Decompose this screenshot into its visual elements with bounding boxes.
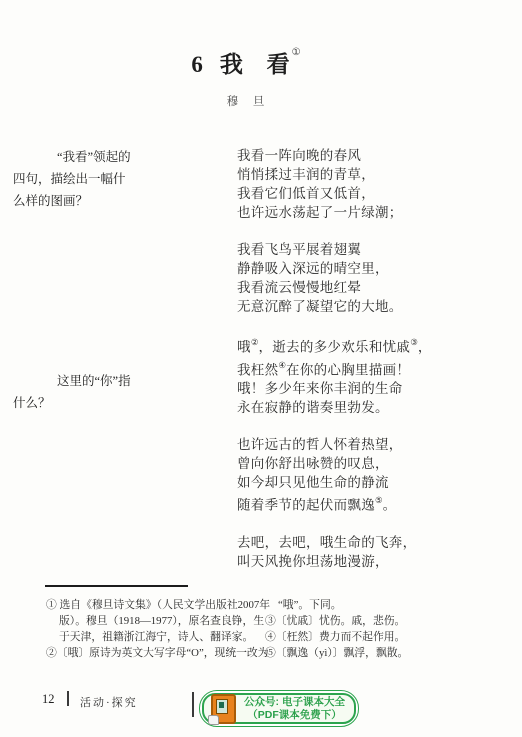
poem-line: 哦②，逝去的多少欢乐和忧戚③， [237, 334, 512, 357]
footnote-line: ②〔哦〕原诗为英文大写字母“O”，现统一改为 [46, 645, 274, 661]
footnote-line: 于天津，祖籍浙江海宁，诗人、翻译家。 [46, 629, 274, 645]
footnote-line: ⑤〔飘逸（yì）〕飘浮，飘散。 [265, 645, 485, 661]
margin-note-line: “我看”领起的 [13, 146, 191, 168]
footnote-line: ④〔枉然〕费力而不起作用。 [265, 629, 485, 645]
author-name: 穆 旦 [0, 93, 492, 109]
title-note-ref: ① [292, 47, 302, 58]
footnotes-column-2: “哦”。下同。③〔忧戚〕忧伤。戚，悲伤。④〔枉然〕费力而不起作用。⑤〔飘逸（yì… [265, 597, 485, 661]
poem-line: 也许远水荡起了一片绿潮； [237, 203, 512, 222]
margin-note-question-2: 这里的“你”指什么？ [13, 370, 191, 414]
badge-line-2: （PDF课本免费下） [239, 709, 350, 722]
poem-stanza: 我看一阵向晚的春风悄悄揉过丰润的青草，我看它们低首又低首，也许远水荡起了一片绿潮… [237, 146, 512, 222]
poem-line: 我枉然④在你的心胸里描画！ [237, 357, 512, 380]
note-ref: ② [251, 337, 259, 347]
poem-line: 静静吸入深远的晴空里， [237, 259, 512, 278]
note-ref: ⑤ [375, 495, 383, 505]
footnote-line: “哦”。下同。 [265, 597, 485, 613]
poem-line: 我看一阵向晚的春风 [237, 146, 512, 165]
poem-line: 叫天风挽你坦荡地漫游， [237, 552, 512, 571]
poem-stanza: 也许远古的哲人怀着热望，曾向你舒出咏赞的叹息，如今却只见他生命的静流随着季节的起… [237, 435, 512, 515]
footnote-separator [45, 585, 188, 587]
poem: 我看一阵向晚的春风悄悄揉过丰润的青草，我看它们低首又低首，也许远水荡起了一片绿潮… [237, 146, 512, 589]
poem-line: 随着季节的起伏而飘逸⑤。 [237, 492, 512, 515]
book-icon-screen [216, 699, 228, 714]
lesson-title-text: 我 看 [220, 52, 291, 77]
note-ref: ④ [278, 360, 286, 370]
lesson-number: 6 [191, 52, 204, 77]
hand-icon [208, 715, 219, 725]
poem-stanza: 我看飞鸟平展着翅翼静静吸入深远的晴空里，我看流云慢慢地红晕无意沉醉了凝望它的大地… [237, 240, 512, 316]
page-number-divider [67, 691, 69, 706]
section-label: 活动·探究 [80, 694, 138, 710]
qr-badge-inner: 公众号: 电子课本大全 （PDF课本免费下） [202, 693, 356, 724]
footnote-line: 版）。穆旦（1918—1977），原名查良铮，生 [46, 613, 274, 629]
poem-line: 我看它们低首又低首， [237, 184, 512, 203]
poem-line: 无意沉醉了凝望它的大地。 [237, 297, 512, 316]
margin-note-line: 什么？ [13, 392, 191, 414]
poem-line: 永在寂静的谐奏里勃发。 [237, 398, 512, 417]
footnotes-column-1: ① 选自《穆旦诗文集》（人民文学出版社2007年版）。穆旦（1918—1977）… [46, 597, 274, 661]
note-ref: ③ [410, 337, 418, 347]
book-icon [211, 694, 236, 724]
badge-divider-bar [192, 692, 194, 717]
margin-note-line: 这里的“你”指 [13, 370, 191, 392]
textbook-page: 6我 看① 穆 旦 “我看”领起的四句，描绘出一幅什么样的图画？ 这里的“你”指… [0, 0, 522, 737]
qr-badge: 公众号: 电子课本大全 （PDF课本免费下） [199, 690, 359, 727]
lesson-title: 6我 看① [0, 46, 492, 79]
margin-note-line: 四句，描绘出一幅什 [13, 168, 191, 190]
footnote-line: ① 选自《穆旦诗文集》（人民文学出版社2007年 [46, 597, 274, 613]
poem-line: 我看流云慢慢地红晕 [237, 278, 512, 297]
margin-note-line: 么样的图画？ [13, 190, 191, 212]
badge-text: 公众号: 电子课本大全 （PDF课本免费下） [239, 696, 350, 721]
poem-line: 我看飞鸟平展着翅翼 [237, 240, 512, 259]
poem-line: 也许远古的哲人怀着热望， [237, 435, 512, 454]
footnote-line: ③〔忧戚〕忧伤。戚，悲伤。 [265, 613, 485, 629]
badge-line-1: 公众号: 电子课本大全 [239, 696, 350, 709]
page-number: 12 [42, 692, 55, 707]
poem-line: 悄悄揉过丰润的青草， [237, 165, 512, 184]
poem-line: 如今却只见他生命的静流 [237, 473, 512, 492]
poem-line: 哦！多少年来你丰润的生命 [237, 379, 512, 398]
poem-stanza: 去吧，去吧，哦生命的飞奔，叫天风挽你坦荡地漫游， [237, 533, 512, 571]
poem-stanza: 哦②，逝去的多少欢乐和忧戚③，我枉然④在你的心胸里描画！哦！多少年来你丰润的生命… [237, 334, 512, 417]
margin-note-question-1: “我看”领起的四句，描绘出一幅什么样的图画？ [13, 146, 191, 212]
poem-line: 去吧，去吧，哦生命的飞奔， [237, 533, 512, 552]
poem-line: 曾向你舒出咏赞的叹息， [237, 454, 512, 473]
